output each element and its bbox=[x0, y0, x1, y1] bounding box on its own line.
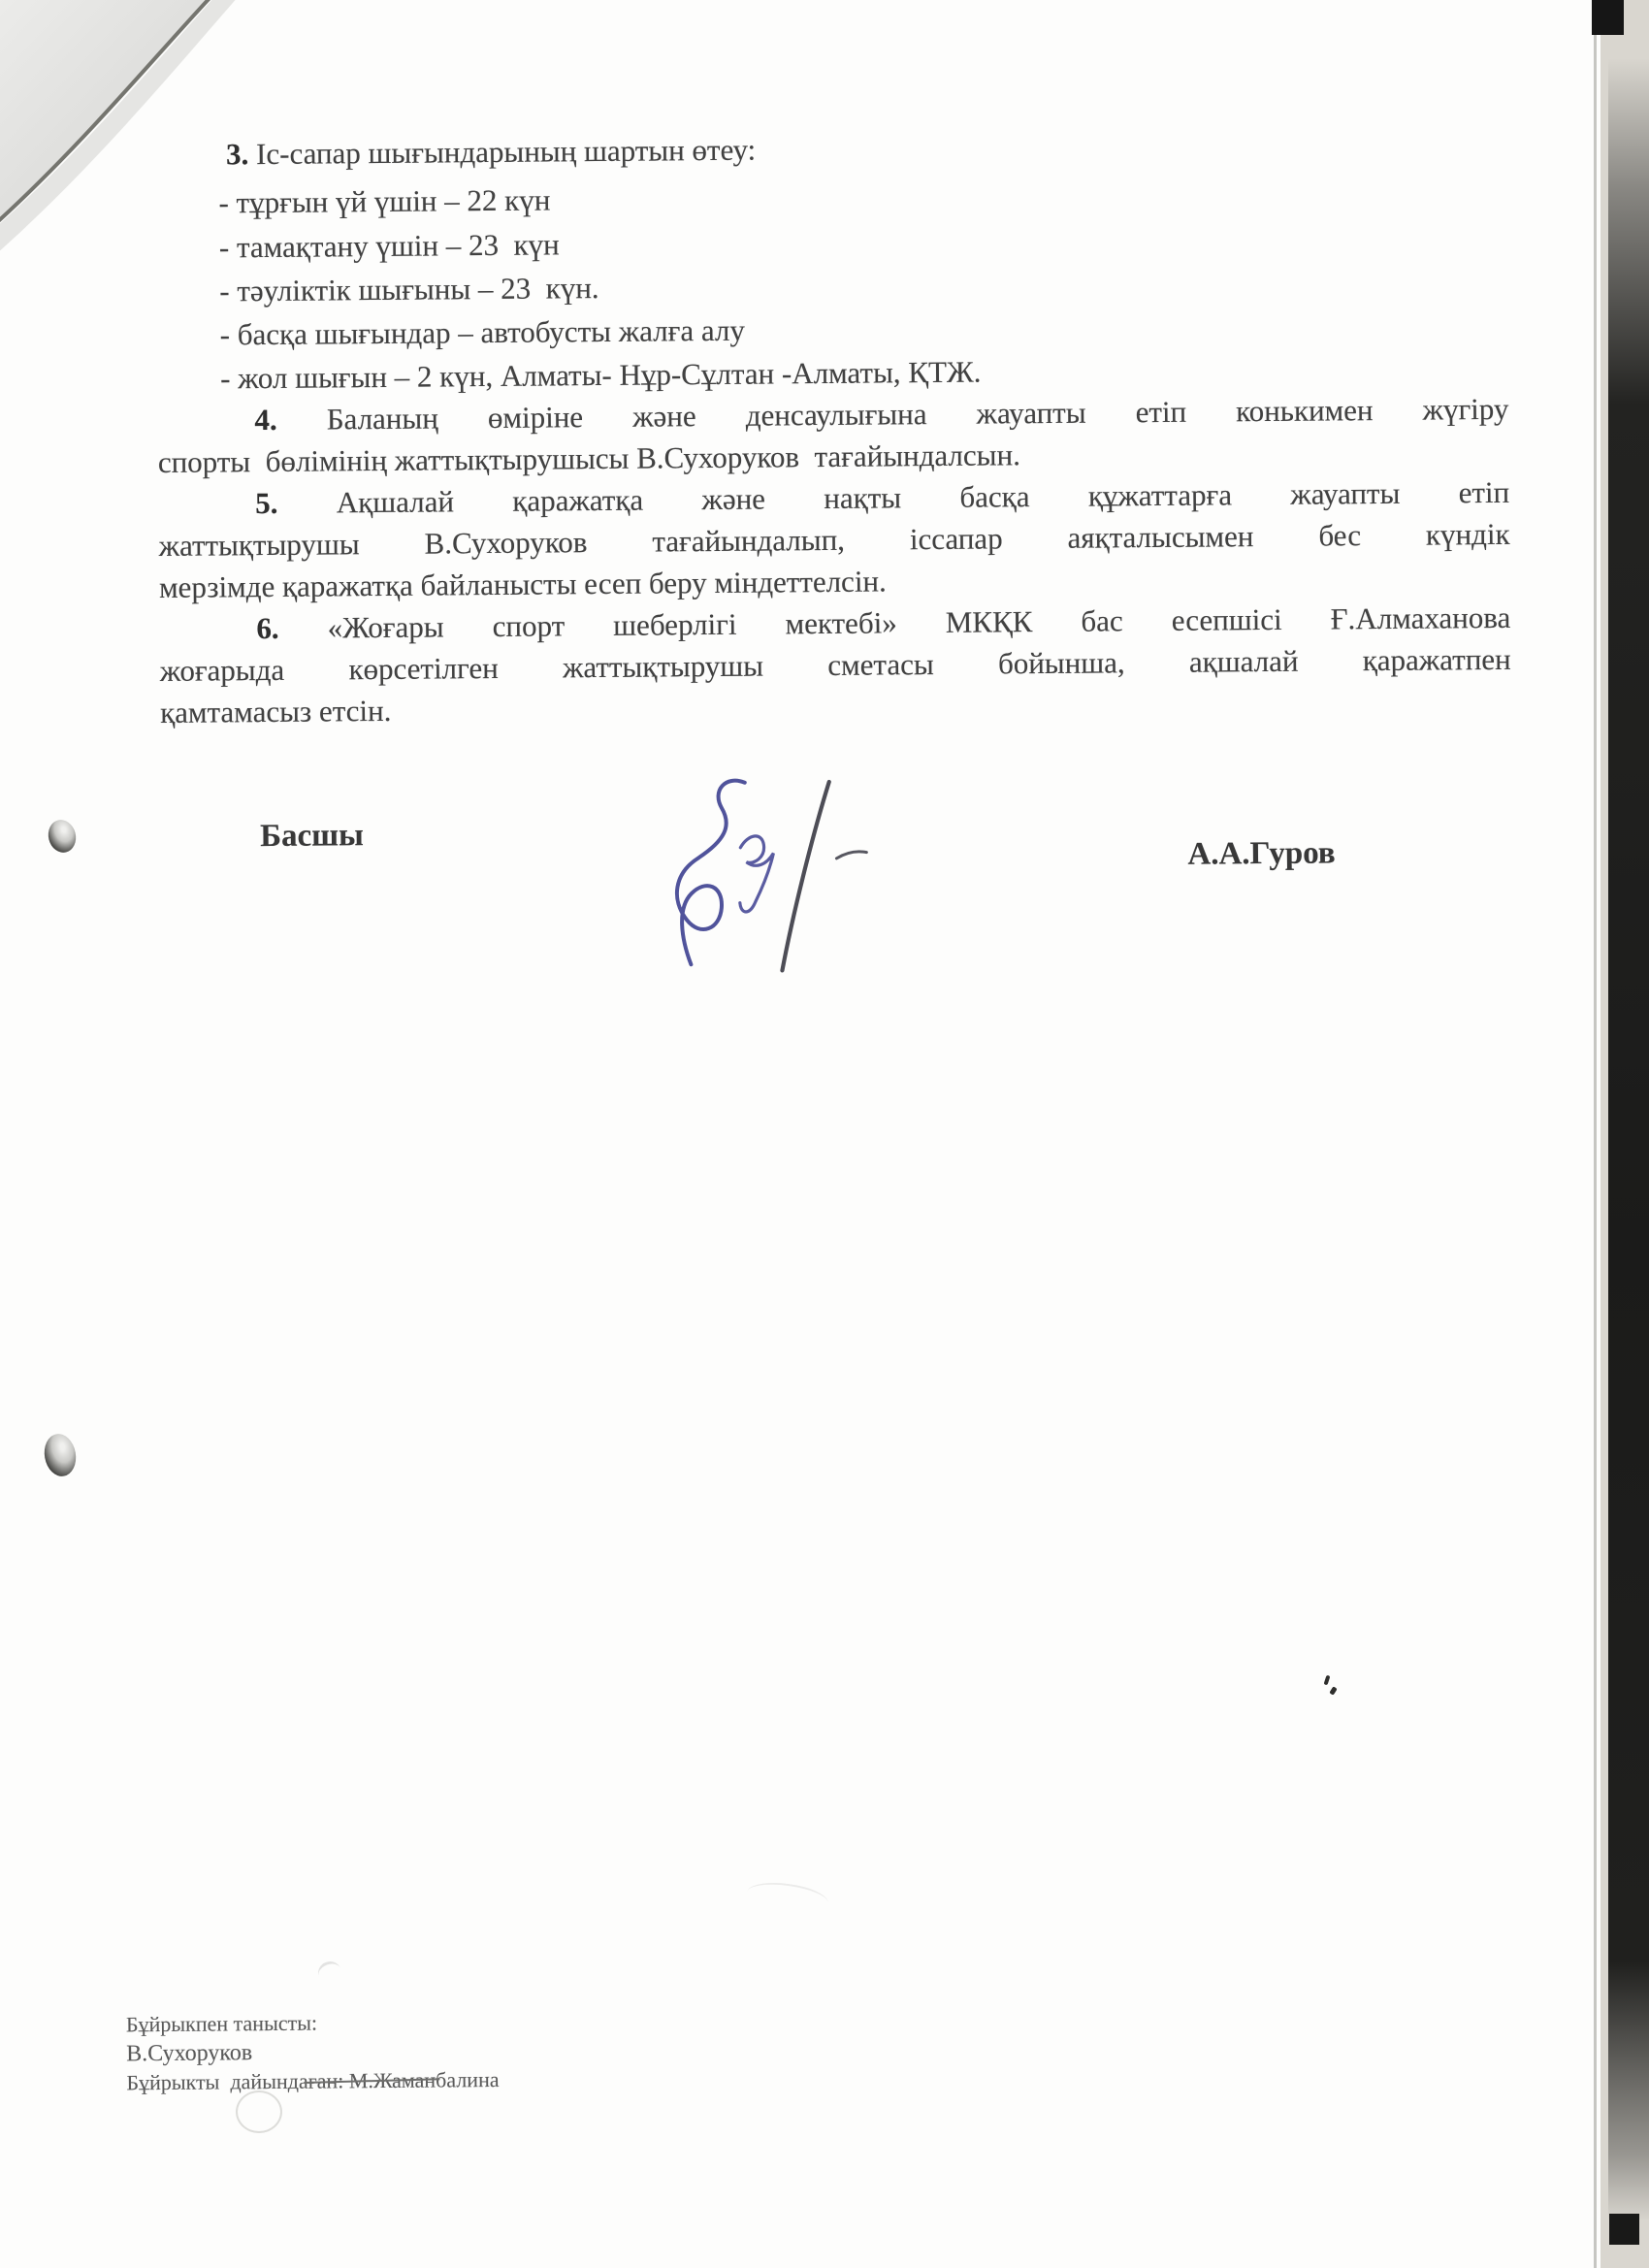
body-line: қамтамасыз етсін. bbox=[160, 682, 1511, 732]
line-text: қамтамасыз етсін. bbox=[160, 694, 392, 729]
item-number: 5. bbox=[255, 486, 278, 520]
line-text: жаттықтырушы В.Сухоруков тағайындалып, і… bbox=[158, 517, 1509, 563]
line-text: Баланың өміріне және денсаулығына жауапт… bbox=[277, 392, 1509, 437]
scanned-document-page: 3. Іс-сапар шығындарының шартын өтеу: - … bbox=[0, 0, 1649, 2268]
body-line: - тұрғын үй үшін – 22 күн bbox=[155, 173, 1506, 223]
line-text: - жол шығын – 2 күн, Алматы- Нұр-Сұлтан … bbox=[220, 355, 982, 396]
body-line: 3. Іс-сапар шығындарының шартын өтеу: bbox=[155, 124, 1506, 175]
footer-block: Бұйрыкпен танысты: В.Сухоруков Бұйрыкты … bbox=[126, 2004, 806, 2097]
body-line: - тамақтану үшін – 23 күн bbox=[156, 217, 1507, 268]
scan-shadow-band bbox=[1608, 58, 1649, 2221]
item-number: 4. bbox=[254, 403, 277, 437]
signatory-role: Басшы bbox=[260, 818, 364, 855]
line-text: «Жоғары спорт шеберлігі мектебі» МКҚК ба… bbox=[278, 600, 1510, 645]
fold-corner bbox=[0, 0, 349, 349]
line-text: жоғарыда көрсетілген жаттықтырушы сметас… bbox=[160, 642, 1511, 688]
body-line: - басқа шығындар – автобусты жалға алу bbox=[157, 305, 1508, 355]
smudge-ring bbox=[236, 2090, 282, 2133]
page-edge-line bbox=[1594, 0, 1597, 2268]
item-number: 6. bbox=[256, 611, 279, 645]
signature-scribble bbox=[665, 764, 890, 989]
scan-black-mark-top bbox=[1592, 0, 1624, 35]
line-text: мерзімде қаражатқа байланысты есеп беру … bbox=[159, 564, 887, 604]
prepared-by-line: Бұйрыкты дайындаған: М.Жаманбалина bbox=[126, 2062, 805, 2097]
signatory-name: А.А.Гуров bbox=[1187, 835, 1336, 872]
body-line: - тәуліктік шығыны – 23 күн. bbox=[156, 261, 1507, 311]
scan-black-mark-bottom bbox=[1609, 2214, 1639, 2245]
line-text: спорты бөлімінің жаттықтырушысы В.Сухору… bbox=[158, 437, 1020, 479]
line-text: Ақшалай қаражатқа және нақты басқа құжат… bbox=[277, 475, 1509, 520]
